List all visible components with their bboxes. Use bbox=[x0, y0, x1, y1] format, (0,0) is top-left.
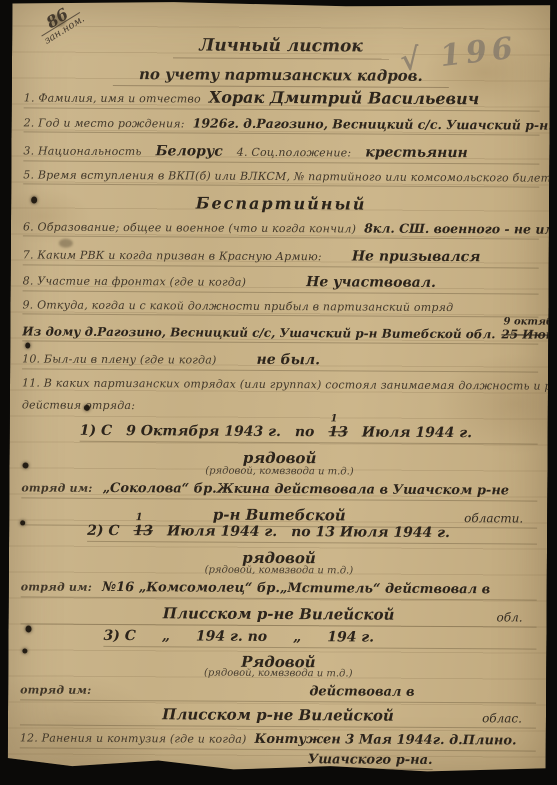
record2-region-row: Плисском р-не Вилейской обл. bbox=[21, 603, 537, 627]
captivity-value: не был. bbox=[256, 352, 320, 368]
field-row-name: 1. Фамилия, имя и отчество Хорак Дмитрий… bbox=[24, 86, 540, 111]
record3-unit-row: отряд им: действовал в bbox=[20, 682, 536, 703]
record1-unit-value: „Соколова“ бр.Жкина действовала в Ушачск… bbox=[103, 481, 510, 498]
field-row-party-label: 5. Время вступления в ВКП(б) или ВЛКСМ, … bbox=[23, 168, 539, 187]
field-row-wounds: 12. Ранения и контузия (где и когда) Кон… bbox=[20, 730, 536, 751]
record1-region-tail: области. bbox=[464, 511, 523, 525]
party-label: 5. Время вступления в ВКП(б) или ВЛКСМ, … bbox=[23, 168, 557, 184]
record2-unit-label: отряд им: bbox=[21, 580, 92, 593]
record2-to: по 13 Июля 1944 г. bbox=[291, 524, 450, 541]
field-row-captivity: 10. Был-ли в плену (где и когда) не был. bbox=[22, 350, 538, 372]
arrival-value: Из дому д.Рагозино, Весницкий с/с, Ушачс… bbox=[22, 324, 495, 341]
paper-hole bbox=[25, 625, 31, 632]
field-row-nationality-social: 3. Национальность Белорус 4. Соц.положен… bbox=[23, 142, 539, 164]
record3-period: 3) С „ 194 г. по „ 194 г. bbox=[103, 628, 536, 650]
field-row-arrival-value: Из дому д.Рагозино, Весницкий с/с, Ушачс… bbox=[22, 324, 538, 344]
record2-from-new: 1 bbox=[136, 512, 143, 523]
record2-from-old: 13 bbox=[133, 523, 153, 539]
record2-from-correction: 13 1 bbox=[133, 523, 153, 539]
record3-unit-value: действовал в bbox=[309, 684, 414, 700]
field-row-draft: 7. Каким РВК и когда призван в Красную А… bbox=[23, 246, 539, 268]
record3-num: 3) С bbox=[103, 628, 135, 644]
wounds-value2: Ушачского р-на. bbox=[308, 752, 433, 770]
record1-to-old: 13 bbox=[328, 424, 348, 440]
draft-label: 7. Каким РВК и когда призван в Красную А… bbox=[23, 248, 322, 263]
record3-to: „ bbox=[293, 629, 301, 645]
record2-unit-value: №16 „Комсомолец“ бр.„Мститель“ действова… bbox=[102, 580, 490, 597]
record1-rank-hint-row: (рядовой, комвзвода и т.д.) bbox=[21, 464, 537, 480]
captivity-label: 10. Был-ли в плену (где и когда) bbox=[22, 352, 216, 366]
record3-region: Плисском р-не Вилейской bbox=[162, 705, 394, 724]
record2-rank-hint-row: (рядовой, комвзвода и т.д.) bbox=[21, 563, 537, 579]
paper-hole bbox=[31, 196, 37, 203]
doc-title-line2: по учету партизанских кадров. bbox=[12, 64, 550, 88]
paper-hole bbox=[84, 405, 90, 411]
arrival-label: 9. Откуда, когда и с какой должности при… bbox=[22, 298, 453, 314]
paper-hole bbox=[22, 648, 27, 653]
field-row-units-label1: 11. В каких партизанских отрядах (или гр… bbox=[22, 376, 538, 394]
nationality-label: 3. Национальность bbox=[23, 144, 141, 158]
field-row-wounds2: Ушачского р-на. bbox=[308, 752, 536, 772]
record2-num: 2) С bbox=[87, 523, 119, 539]
fronts-value: Не участвовал. bbox=[306, 274, 436, 291]
birth-label: 2. Год и место рождения: bbox=[24, 116, 185, 130]
name-label: 1. Фамилия, имя и отчество bbox=[24, 91, 201, 105]
doc-title-line1: Личный листок bbox=[12, 34, 550, 60]
field-row-party-value: Беспартийный bbox=[23, 192, 539, 216]
record3-mid: 194 г. по bbox=[196, 628, 267, 644]
paper-hole bbox=[22, 462, 28, 468]
record2-region: Плисском р-не Вилейской bbox=[163, 604, 395, 623]
education-label: 6. Образование; общее и военное (что и к… bbox=[23, 220, 356, 235]
field-row-arrival-label: 9. Откуда, когда и с какой должности при… bbox=[22, 298, 538, 317]
field-row-fronts: 8. Участие на фронтах (где и когда) Не у… bbox=[23, 272, 539, 294]
record1-rank-hint: (рядовой, комвзвода и т.д.) bbox=[205, 466, 354, 478]
record1-num: 1) С bbox=[80, 423, 112, 439]
field-row-birth: 2. Год и место рождения: 1926г. д.Рагози… bbox=[24, 114, 540, 135]
paper-hole bbox=[25, 342, 30, 348]
paper-hole bbox=[20, 520, 25, 525]
record1-to-rest: Июля 1944 г. bbox=[362, 425, 472, 442]
record1-to-correction: 13 1 bbox=[328, 424, 348, 440]
record1-from: 9 Октября 1943 г. bbox=[126, 423, 281, 440]
record3-to-rest: 194 г. bbox=[327, 629, 374, 645]
units-label2: действия отряда: bbox=[22, 398, 135, 412]
paper-smudge bbox=[59, 239, 73, 248]
record3-rank-hint-row: (рядовой, комвзвода и т.д.) bbox=[20, 666, 536, 682]
record3-unit-label: отряд им: bbox=[20, 683, 91, 696]
record3-region-tail: облас. bbox=[482, 711, 522, 725]
document-scan: 86 зан.ном. √ 196 Личный листок по учету… bbox=[0, 0, 557, 785]
paper-smudge bbox=[48, 15, 66, 27]
social-value: крестьянин bbox=[365, 145, 468, 162]
birth-value: 1926г. д.Рагозино, Весницкий с/с. Ушачск… bbox=[193, 115, 557, 133]
field-row-units-label2: действия отряда: bbox=[22, 398, 538, 416]
record3-from: „ bbox=[162, 628, 170, 644]
record2-period: 2) С 13 1 Июля 1944 г. по 13 Июля 1944 г… bbox=[87, 523, 537, 545]
wounds-value: Контужен 3 Мая 1944г. д.Плино. bbox=[255, 732, 517, 749]
record2-unit-row: отряд им: №16 „Комсомолец“ бр.„Мститель“… bbox=[21, 579, 537, 600]
record2-rank-hint: (рядовой, комвзвода и т.д.) bbox=[205, 565, 354, 577]
arrival-date-new: 9 октября bbox=[503, 316, 557, 327]
record1-period: 1) С 9 Октября 1943 г. по 13 1 Июля 1944… bbox=[80, 423, 538, 445]
record1-to-new: 1 bbox=[330, 413, 337, 424]
arrival-date-correction: 25 Июня 9 октября bbox=[501, 327, 557, 341]
nationality-value: Белорус bbox=[156, 143, 223, 159]
field-row-education: 6. Образование; общее и военное (что и к… bbox=[23, 218, 539, 239]
record3-rank-hint: (рядовой, комвзвода и т.д.) bbox=[204, 668, 353, 680]
name-value: Хорак Дмитрий Васильевич bbox=[209, 88, 479, 109]
record1-unit-row: отряд им: „Соколова“ бр.Жкина действовал… bbox=[21, 480, 537, 501]
wounds-label: 12. Ранения и контузия (где и когда) bbox=[20, 731, 247, 745]
record1-unit-label: отряд им: bbox=[21, 481, 92, 494]
social-label: 4. Соц.положение: bbox=[237, 146, 352, 160]
record2-region-tail: обл. bbox=[497, 610, 523, 624]
record1-region: р-н Витебской bbox=[213, 506, 346, 525]
record2-from-rest: Июля 1944 г. bbox=[167, 523, 277, 540]
education-value: 8кл. СШ. военного - не имеет. bbox=[364, 221, 557, 237]
units-label1: 11. В каких партизанских отрядах (или гр… bbox=[22, 376, 557, 392]
party-value: Беспартийный bbox=[196, 193, 367, 213]
record1-rank: рядовой bbox=[243, 449, 317, 467]
arrival-date-old: 25 Июня bbox=[501, 327, 557, 341]
record3-region-row: Плисском р-не Вилейской облас. bbox=[20, 704, 536, 728]
record1-to-word: по bbox=[295, 424, 315, 440]
draft-value: Не призывался bbox=[352, 248, 481, 265]
fronts-label: 8. Участие на фронтах (где и когда) bbox=[23, 274, 247, 288]
paper-sheet: 86 зан.ном. √ 196 Личный листок по учету… bbox=[8, 0, 551, 773]
